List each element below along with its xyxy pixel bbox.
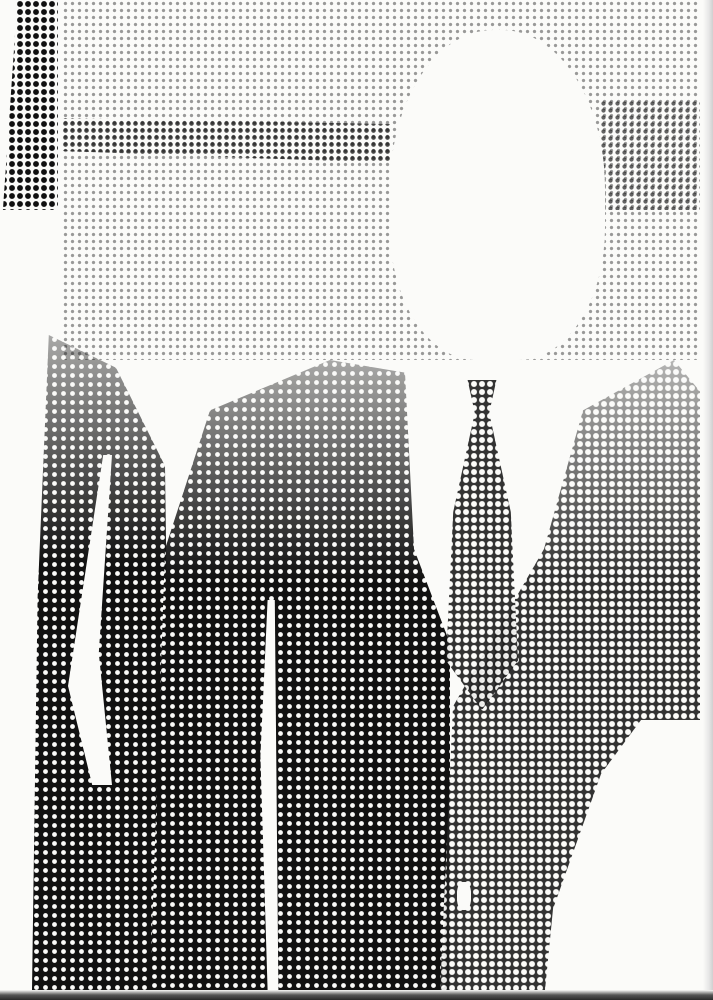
whited-out-head [390, 30, 605, 360]
paper-bottom-edge [0, 990, 713, 1000]
necktie [446, 380, 518, 710]
left-shirt-front [0, 0, 58, 210]
left-figure-suit [32, 335, 172, 990]
halftone-artwork [0, 0, 713, 1000]
paper-right-edge [703, 0, 713, 1000]
center-figure-suit [150, 360, 450, 990]
white-fleck [457, 882, 471, 910]
dark-band-right [600, 100, 700, 210]
